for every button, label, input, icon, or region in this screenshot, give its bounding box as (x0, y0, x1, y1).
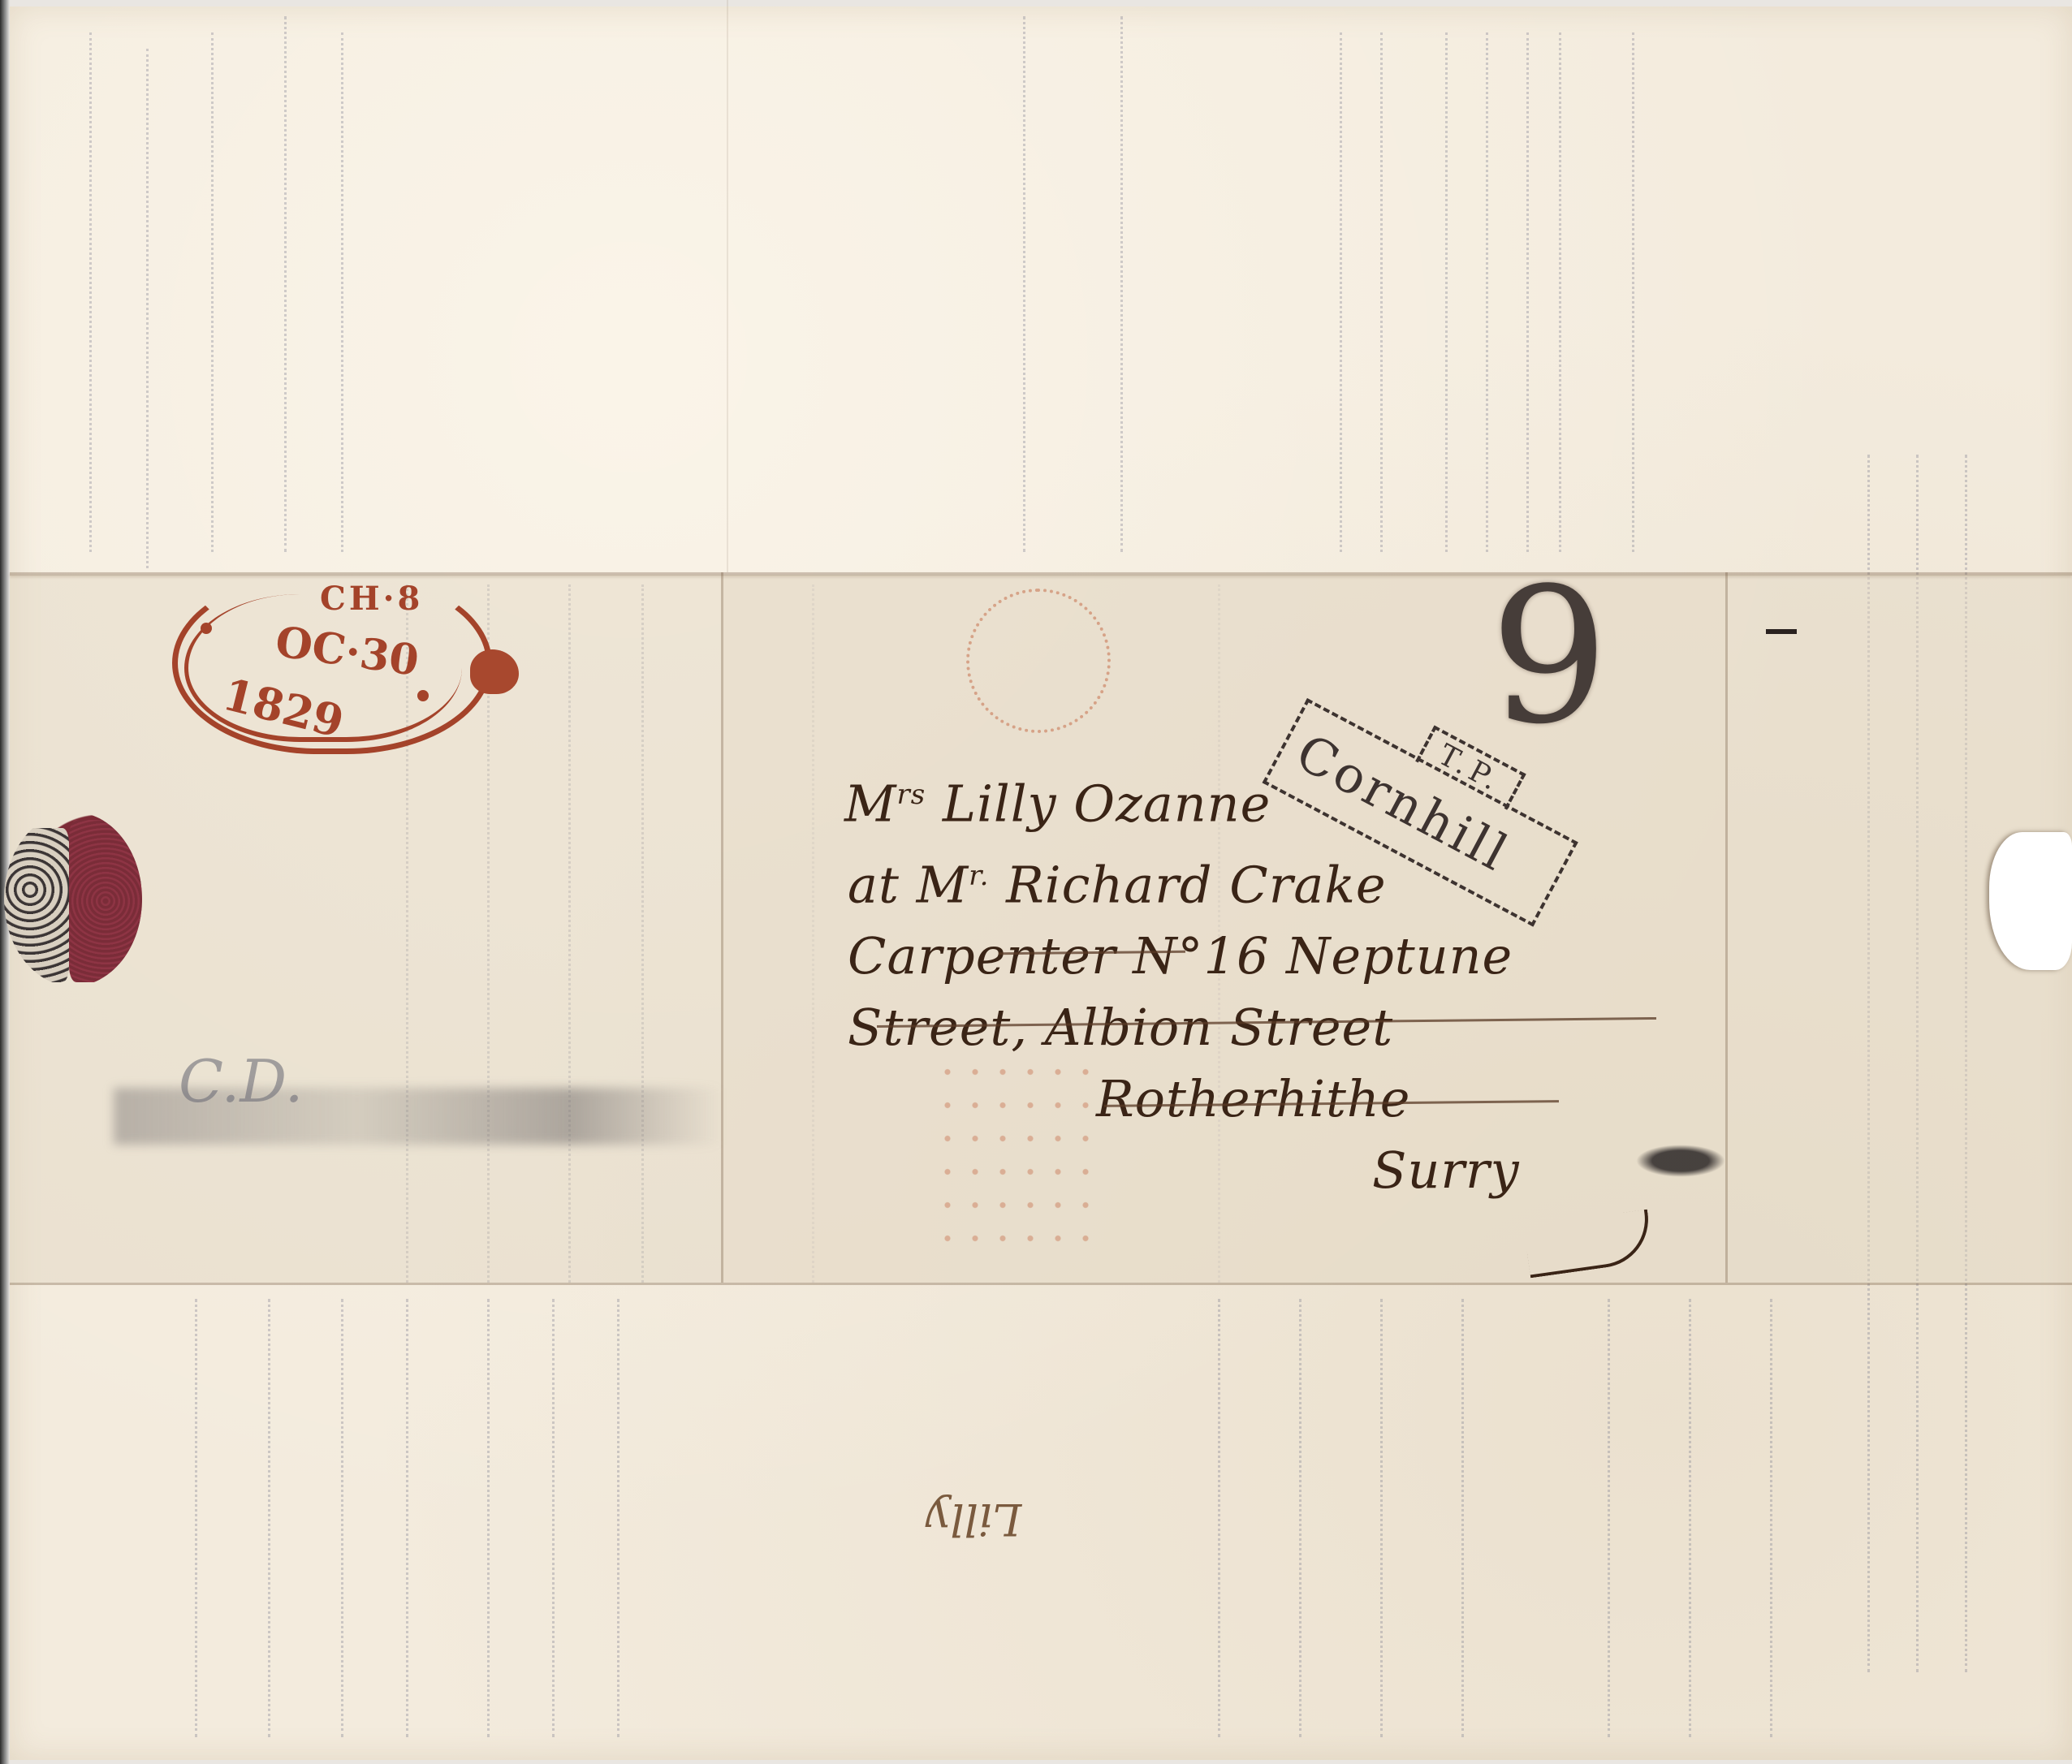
postmark-top-text: CH·8 (320, 580, 423, 618)
ink-smudge (1636, 1145, 1725, 1177)
address-line-3: Carpenter N°16 Neptune (848, 921, 1513, 992)
charge-mark: 9 (1490, 564, 1608, 751)
address-line-4: Street, Albion Street (848, 992, 1513, 1063)
dated-postmark: CH·8 OC·30 1829 (172, 572, 492, 754)
postmark-dot (417, 690, 429, 701)
postmark-date-text: OC·30 (273, 617, 422, 686)
address-line-1: Mrs Lilly Ozanne (844, 759, 1509, 840)
pencil-annotation: C.D. (179, 1047, 303, 1115)
ink-dash (1766, 629, 1797, 634)
fold-line-left (721, 572, 723, 1283)
seal-paper-fragment (4, 828, 69, 982)
recipient-address: Mrs Lilly Ozanne at Mr. Richard Crake Ca… (844, 759, 1509, 1206)
fold-line-upper (727, 0, 728, 572)
paper-tear (1989, 832, 2072, 970)
address-line-2: at Mr. Richard Crake (848, 840, 1513, 921)
docket-note: Lilly (926, 1494, 1021, 1545)
postmark-dot (201, 623, 212, 634)
faint-red-postmark (966, 589, 1111, 733)
seal-wax (69, 820, 142, 982)
address-line-5: Rotherhithe (1096, 1063, 1761, 1135)
fold-line-bottom (10, 1283, 2072, 1285)
postmark-year-text: 1829 (218, 668, 348, 748)
wax-seal-remnant (4, 812, 142, 986)
